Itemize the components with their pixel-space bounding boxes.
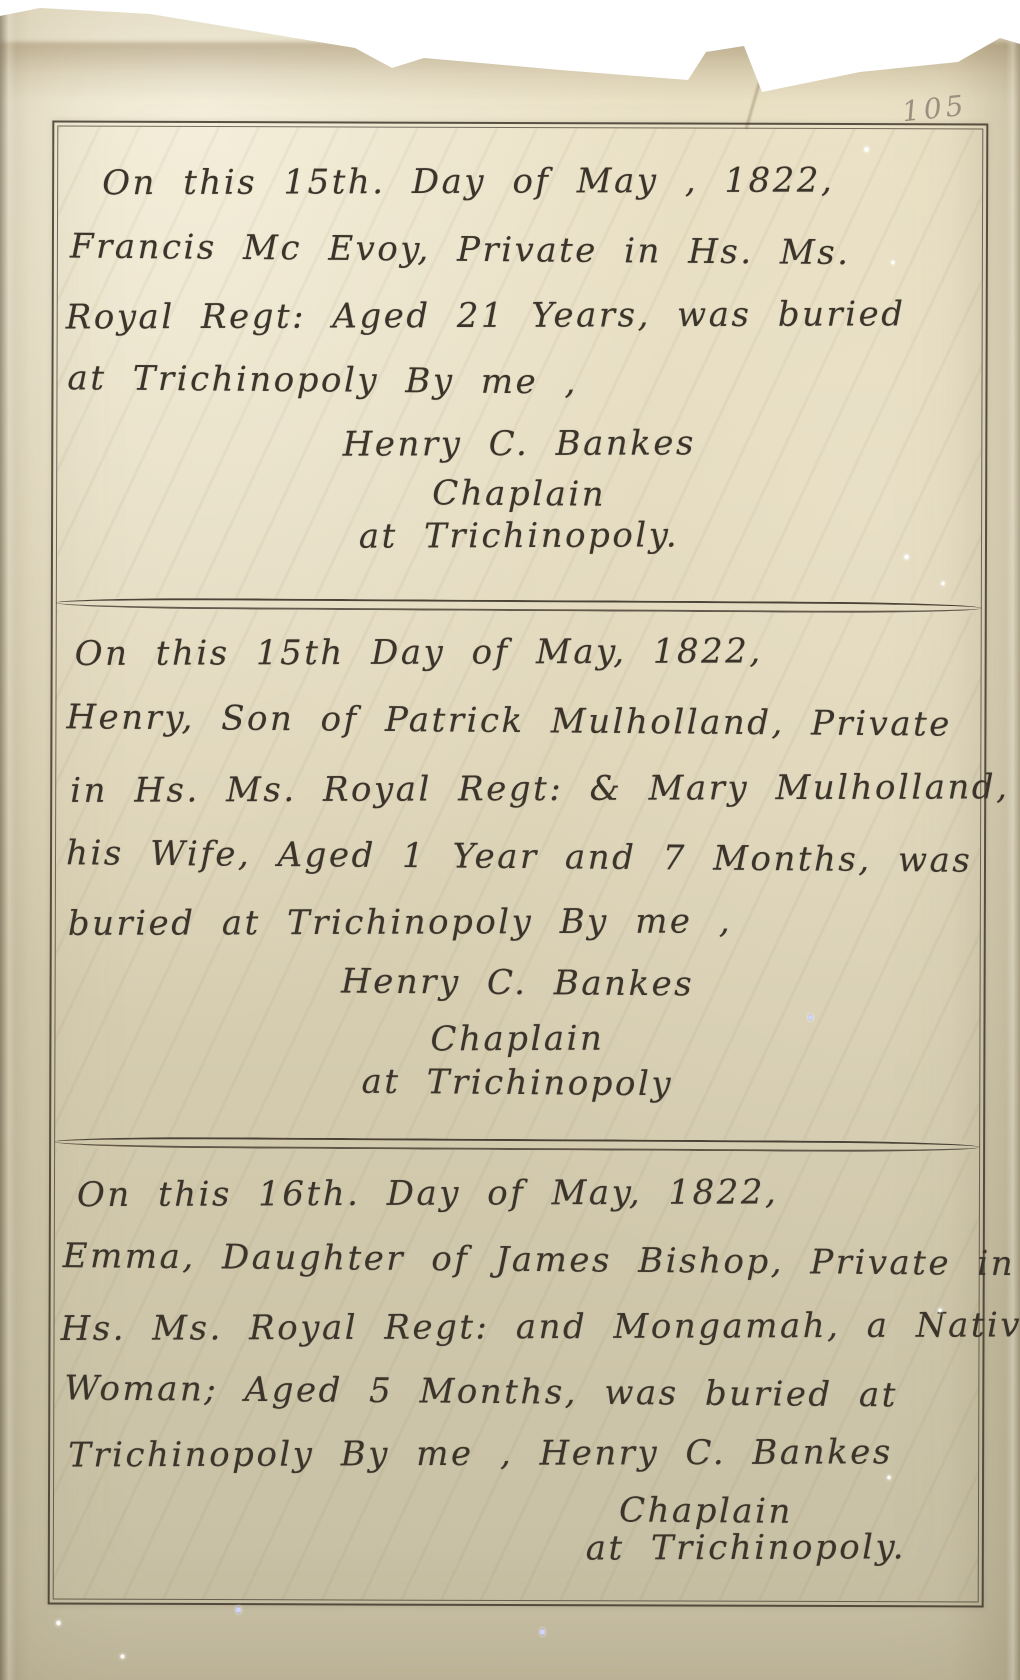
dust-speck (904, 554, 909, 560)
register-rule-frame-inner: On this 15th. Day of May , 1822, Francis… (53, 126, 984, 1603)
entry1-line2: Francis Mc Evoy, Private in Hs. Ms. (70, 227, 851, 274)
entry2-line2: Henry, Son of Patrick Mulholland, Privat… (66, 697, 952, 744)
register-rule-frame: On this 15th. Day of May , 1822, Francis… (48, 121, 989, 1608)
photographed-burial-register-page: { "page": { "page_number": "105" }, "ent… (0, 0, 1020, 1680)
paper-left-edge (0, 0, 16, 1680)
dust-speck (808, 1014, 813, 1021)
entry3-signature-place: at Trichinopoly. (54, 1526, 1020, 1570)
dust-speck (887, 1475, 891, 1480)
paper-sheet: 105 On this 15th. Day of May , 1822, Fra… (0, 0, 1020, 1680)
entry2-signature-place: at Trichinopoly (55, 1059, 979, 1107)
burial-entry-2: On this 15th Day of May, 1822, Henry, So… (55, 610, 981, 1141)
paper-top-smudge (0, 42, 1020, 100)
entry3-line1: On this 16th. Day of May, 1822, (77, 1172, 778, 1215)
dust-speck (540, 1628, 545, 1636)
entry2-signature-name: Henry C. Bankes (55, 959, 979, 1007)
entry1-line4: at Trichinopoly By me , (67, 358, 578, 402)
dust-speck (236, 1606, 241, 1614)
entry1-line1: On this 15th. Day of May , 1822, (102, 160, 834, 203)
entry3-line2: Emma, Daughter of James Bishop, Private … (63, 1236, 1016, 1284)
entry2-line3: in Hs. Ms. Royal Regt: & Mary Mulholland… (70, 767, 1009, 811)
entry3-line3: Hs. Ms. Royal Regt: and Mongamah, a Nati… (60, 1305, 1020, 1349)
entry1-line3: Royal Regt: Aged 21 Years, was buried (66, 294, 906, 337)
paper-right-edge (1006, 0, 1020, 1680)
burial-entry-1: On this 15th. Day of May , 1822, Francis… (57, 127, 982, 602)
entry2-line4: his Wife, Aged 1 Year and 7 Months, was (66, 833, 973, 881)
entry1-signature-title: Chaplain (57, 470, 981, 518)
dust-speck (938, 1308, 942, 1313)
burial-entry-3: On this 16th. Day of May, 1822, Emma, Da… (54, 1149, 979, 1602)
dust-speck (941, 581, 945, 586)
dust-speck (56, 1620, 61, 1626)
entry2-signature-title: Chaplain (55, 1017, 979, 1061)
entry3-line4: Woman; Aged 5 Months, was buried at (64, 1368, 898, 1415)
dust-speck (891, 260, 895, 265)
entry2-line1: On this 15th Day of May, 1822, (75, 631, 763, 674)
entry2-line5: buried at Trichinopoly By me , (68, 901, 732, 944)
entry3-line5: Trichinopoly By me , Henry C. Bankes (68, 1432, 893, 1475)
dust-speck (120, 1654, 125, 1659)
entry1-signature-name: Henry C. Bankes (57, 422, 981, 466)
dust-speck (864, 146, 869, 153)
entry1-signature-place: at Trichinopoly. (57, 514, 981, 558)
